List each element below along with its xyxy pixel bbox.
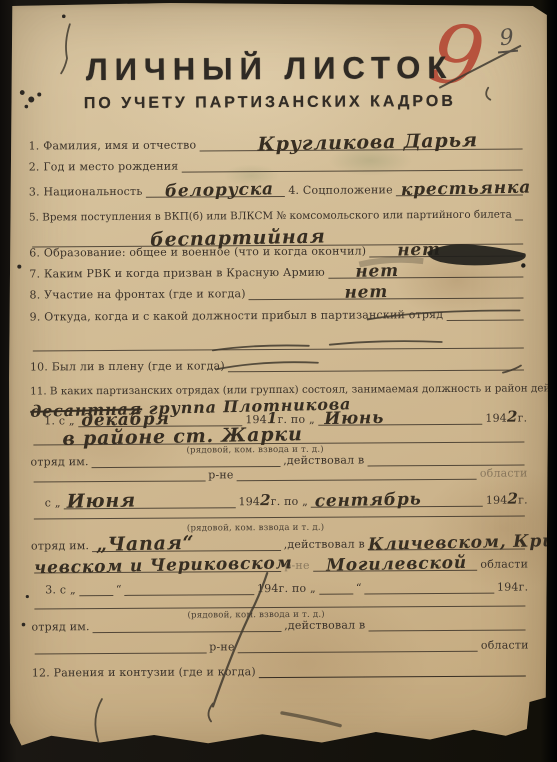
field-party: 5. Время поступления в ВКП(б) или ВЛКСМ … [29, 207, 526, 223]
otryad-label: отряд им. [31, 621, 89, 633]
field-label: 7. Каким РВК и когда призван в Красную А… [29, 267, 325, 281]
field-label: 6. Образование: общее и военное (что и к… [29, 245, 366, 259]
field-surname: 1. Фамилия, имя и отчество Кругликова Да… [29, 136, 526, 152]
oblast-label: области [480, 558, 528, 570]
handwritten-nationality: белоруска [165, 181, 274, 200]
handwritten-social-position: крестьянка [401, 180, 532, 200]
handwritten-month-to: Июнь [324, 410, 384, 428]
field-captivity: 10. Был ли в плену (где и когда) [30, 357, 527, 373]
field-label: 5. Время поступления в ВКП(б) или ВЛКСМ … [29, 209, 512, 223]
deystvoval-label: действовал в [287, 538, 365, 550]
entry1-district: р-не области [31, 466, 528, 482]
handwritten-education: нет [397, 242, 441, 260]
write-line [34, 593, 525, 609]
scanned-document: 9 9 ЛИЧНЫЙ ЛИСТОК ПО УЧЕТУ ПАРТИЗАНСКИХ … [0, 0, 557, 762]
form-subtitle: ПО УЧЕТУ ПАРТИЗАНСКИХ КАДРОВ [6, 92, 533, 113]
write-line [34, 503, 525, 519]
ink-speck [26, 595, 29, 598]
field-education: 6. Образование: общее и военное (что и к… [29, 243, 526, 259]
write-line [93, 619, 282, 633]
entry-open: 1. с „ [44, 415, 75, 427]
pen-stroke [208, 703, 213, 721]
write-line [79, 583, 113, 596]
handwritten-name: Кругликова Дарья [257, 131, 478, 154]
write-line: Июнь [318, 412, 483, 426]
field-nationality-social: 3. Национальность белоруска 4. Соцположе… [29, 182, 526, 198]
field-fronts: 8. Участие на фронтах (где и когда) нет [29, 285, 526, 301]
po-label: г. по „ [279, 583, 316, 595]
otryad-label: отряд им. [31, 540, 89, 552]
field-label: 1. Фамилия, имя и отчество [29, 139, 197, 152]
field-origin: 9. Откуда, когда и с какой должности при… [30, 307, 527, 323]
write-line: чевском и Чериковском [34, 559, 281, 574]
write-line: Могилевской [313, 558, 478, 572]
write-line [125, 582, 254, 596]
handwritten-districts-cont: чевском и Чериковском [34, 555, 293, 577]
entry1-position: в районе ст. Жарки [30, 429, 527, 445]
write-line [181, 158, 522, 173]
field-origin-continuation [30, 335, 527, 351]
field-birth: 2. Год и место рождения [29, 157, 526, 173]
ink-speck [62, 14, 66, 18]
write-line: нет [328, 265, 524, 279]
quote-close: “ [116, 584, 122, 596]
write-line [368, 617, 525, 631]
write-line [35, 640, 207, 654]
rne-label: р-не [208, 469, 233, 481]
write-line: Кличевском, Кри- [368, 536, 525, 550]
entry2-detachment: отряд им. „Чапая“ , действовал в Кличевс… [31, 536, 528, 552]
write-line: в районе ст. Жарки [33, 429, 524, 445]
write-line: „Чапая“ [92, 538, 281, 552]
handwritten-fronts: нет [345, 284, 389, 302]
oblast-label: области [480, 467, 528, 479]
write-line [515, 208, 523, 221]
paper-sheet: 9 9 ЛИЧНЫЙ ЛИСТОК ПО УЧЕТУ ПАРТИЗАНСКИХ … [8, 3, 549, 753]
ink-speck [20, 90, 25, 95]
ink-speck [22, 623, 26, 627]
entry-open: 3. с „ [45, 584, 76, 596]
write-line [237, 467, 477, 481]
quote-close: “ [356, 582, 362, 594]
handwritten-oblast: Могилевской [326, 555, 467, 575]
write-line: белоруска [145, 184, 285, 198]
entry2-position [31, 503, 528, 519]
year-printed: 194 [497, 582, 519, 594]
entry2-district: чевском и Чериковском р-не Могилевской о… [31, 557, 528, 573]
handwritten-detachment-name: „Чапая“ [96, 534, 195, 555]
write-line [238, 639, 478, 653]
ink-speck [17, 265, 21, 269]
oblast-label: области [481, 639, 529, 651]
write-line [319, 582, 353, 595]
entry3-detachment: отряд им. , действовал в [31, 617, 528, 633]
handwritten-districts: Кличевском, Кри- [368, 533, 557, 554]
field-label: 2. Год и место рождения [29, 161, 179, 174]
handwritten-draft: нет [355, 263, 399, 281]
write-line [228, 358, 524, 373]
write-line [367, 452, 524, 466]
rne-label: р-не [284, 560, 309, 572]
deystvoval-label: действовал в [287, 454, 365, 466]
field-draft: 7. Каким РВК и когда призван в Красную А… [29, 264, 526, 280]
year-printed: 194 [257, 583, 279, 595]
otryad-label: отряд им. [30, 456, 88, 468]
rne-label: р-не [209, 641, 234, 653]
write-line [259, 663, 526, 678]
year-printed: 194 [485, 413, 507, 425]
write-line: нет [369, 244, 523, 258]
deystvoval-label: действовал в [288, 619, 366, 631]
field-label: 3. Национальность [29, 186, 143, 199]
g-label: г. [518, 412, 528, 424]
write-line [33, 336, 524, 352]
field-label: 4. Соцположение [288, 184, 393, 197]
field-label: 8. Участие на фронтах (где и когда) [29, 288, 245, 301]
write-line [34, 468, 206, 482]
write-line: Кругликова Дарья [199, 137, 522, 152]
pen-stroke [282, 713, 340, 726]
form-content: 9 9 ЛИЧНЫЙ ЛИСТОК ПО УЧЕТУ ПАРТИЗАНСКИХ … [6, 1, 552, 754]
entry3-district: р-не области [32, 638, 529, 654]
write-line: крестьянка [396, 183, 523, 197]
write-line [446, 308, 523, 321]
field-wounds: 12. Ранения и контузии (где и когда) [32, 663, 529, 679]
write-line: нет [249, 286, 524, 301]
write-line [365, 581, 494, 595]
field-label: 9. Откуда, когда и с какой должности при… [30, 309, 444, 324]
pen-stroke [95, 699, 102, 741]
write-line [92, 454, 281, 468]
rank-note: (рядовой, ком. взвода и т. д.) [187, 523, 324, 534]
g-label: г. [519, 581, 529, 593]
field-label: 12. Ранения и контузии (где и когда) [32, 666, 256, 679]
form-title: ЛИЧНЫЙ ЛИСТОК [6, 49, 533, 88]
field-label: 10. Был ли в плену (где и когда) [30, 360, 225, 373]
handwritten-year-digit: 2 [507, 410, 518, 425]
entry3-position [31, 593, 528, 609]
